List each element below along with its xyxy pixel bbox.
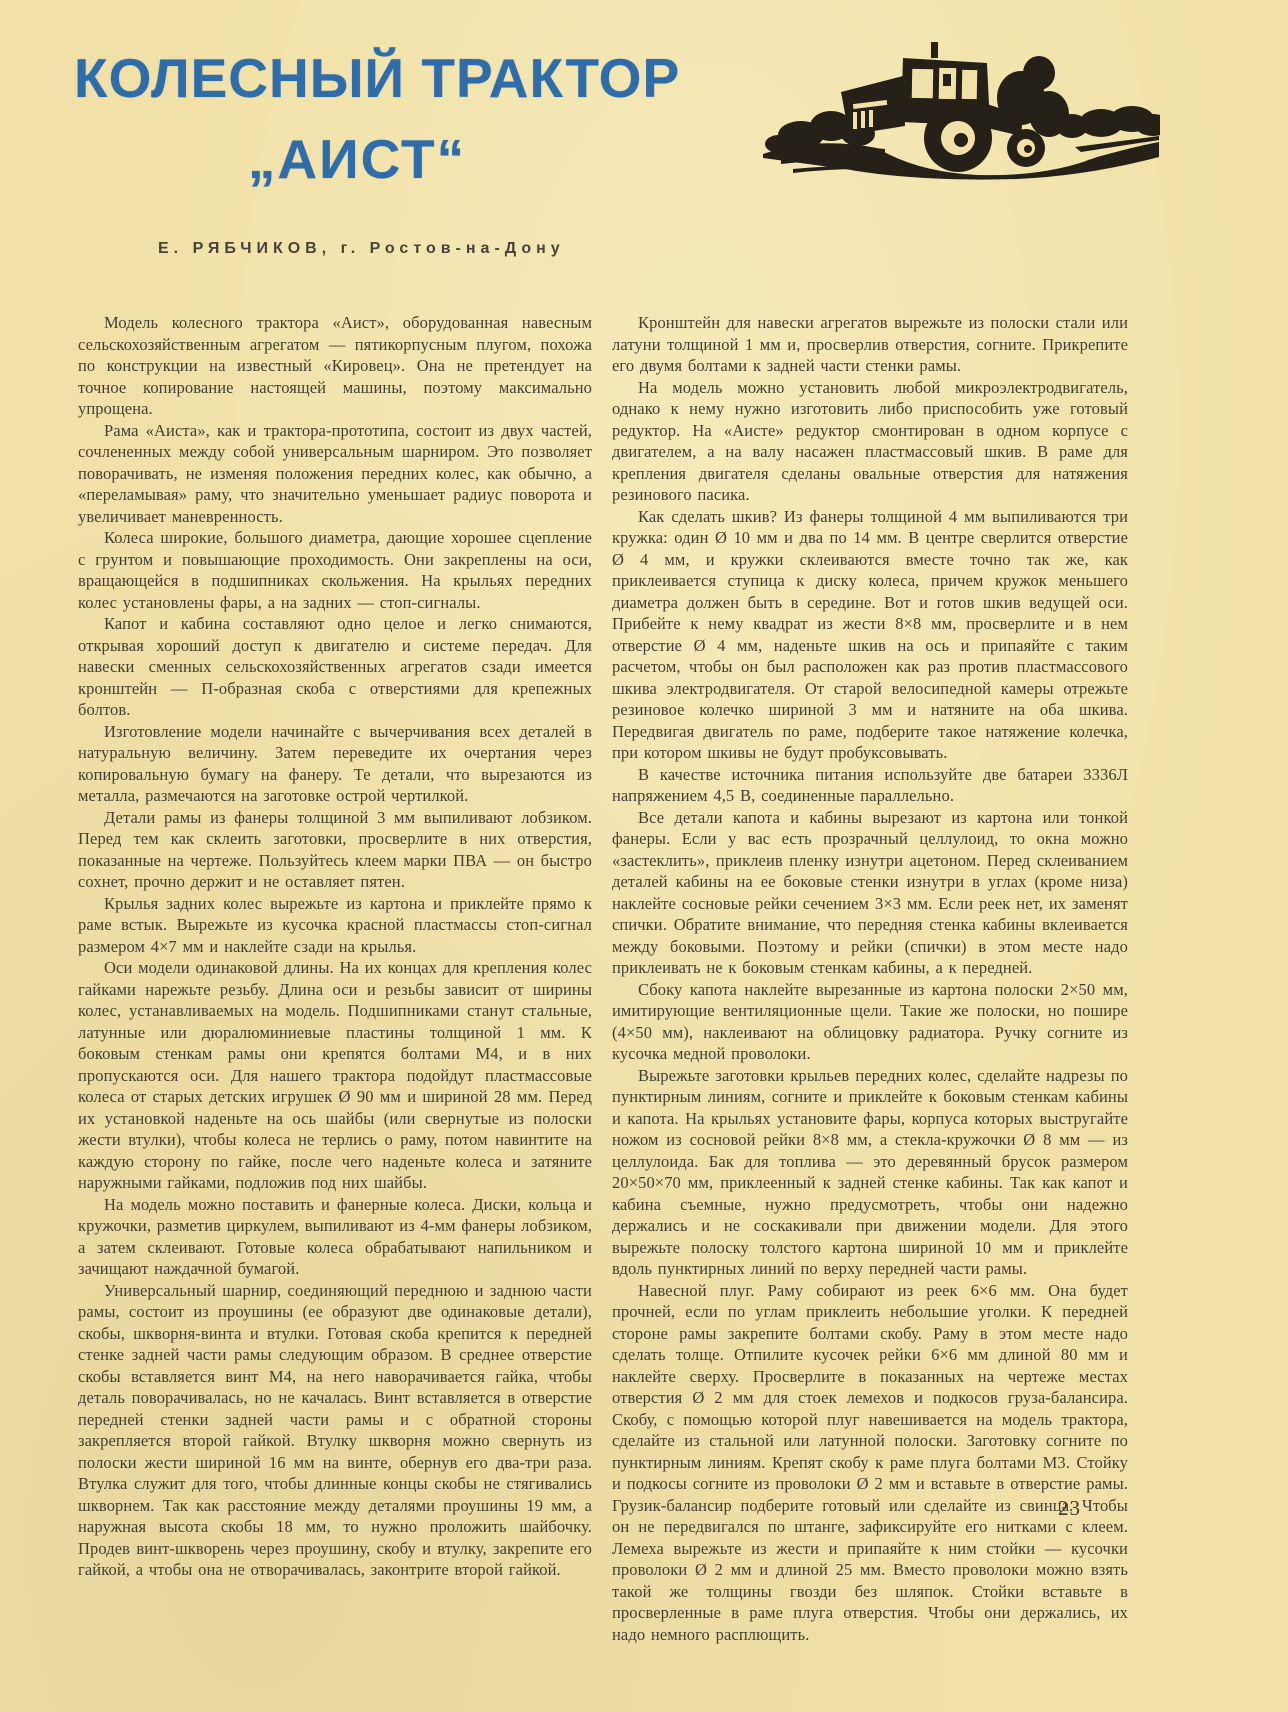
- paragraph: Навесной плуг. Раму собирают из реек 6×6…: [612, 1280, 1128, 1646]
- paragraph: На модель можно поставить и фанерные кол…: [78, 1194, 592, 1280]
- article-title: КОЛЕСНЫЙ ТРАКТОР „АИСТ“: [74, 36, 640, 198]
- article-title-line1: КОЛЕСНЫЙ ТРАКТОР: [74, 36, 640, 120]
- tractor-illustration: [735, 26, 1160, 182]
- paragraph: Изготовление модели начинайте с вычерчив…: [78, 721, 592, 807]
- paragraph: Кронштейн для навески агрегатов вырежьте…: [612, 312, 1128, 377]
- paragraph: Оси модели одинаковой длины. На их конца…: [78, 957, 592, 1194]
- paragraph: Все детали капота и кабины вырезают из к…: [612, 807, 1128, 979]
- article-column-right: Кронштейн для навески агрегатов вырежьте…: [612, 312, 1128, 1645]
- paragraph: В качестве источника питания используйте…: [612, 764, 1128, 807]
- paragraph: Вырежьте заготовки крыльев передних коле…: [612, 1065, 1128, 1280]
- paragraph: Детали рамы из фанеры толщиной 3 мм выпи…: [78, 807, 592, 893]
- page-number: 23: [1058, 1496, 1081, 1521]
- paragraph: Колеса широкие, большого диаметра, дающи…: [78, 527, 592, 613]
- magazine-page: КОЛЕСНЫЙ ТРАКТОР „АИСТ“: [0, 0, 1288, 1712]
- paragraph: Как сделать шкив? Из фанеры толщиной 4 м…: [612, 506, 1128, 764]
- paragraph: Капот и кабина составляют одно целое и л…: [78, 613, 592, 721]
- article-column-left: Модель колесного трактора «Аист», оборуд…: [78, 312, 592, 1581]
- paragraph: Крылья задних колес вырежьте из картона …: [78, 893, 592, 958]
- paragraph: На модель можно установить любой микроэл…: [612, 377, 1128, 506]
- author-byline: Е. РЯБЧИКОВ, г. Ростов-на-Дону: [158, 240, 565, 258]
- paragraph: Рама «Аиста», как и трактора-прототипа, …: [78, 420, 592, 528]
- paragraph: Модель колесного трактора «Аист», оборуд…: [78, 312, 592, 420]
- paragraph: Универсальный шарнир, соединяющий передн…: [78, 1280, 592, 1581]
- article-title-line2: „АИСТ“: [74, 120, 640, 198]
- paragraph: Сбоку капота наклейте вырезанные из карт…: [612, 979, 1128, 1065]
